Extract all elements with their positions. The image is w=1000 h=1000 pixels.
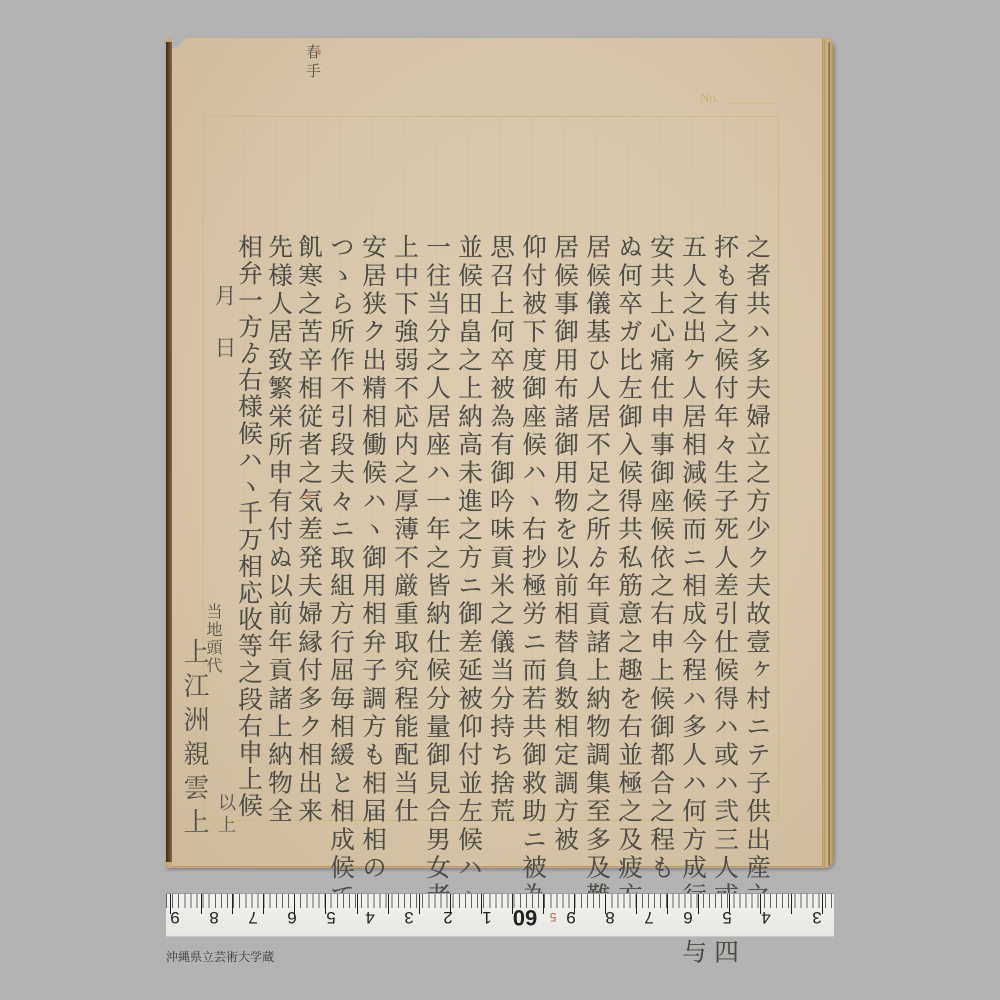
ruler-label: 3 <box>810 907 824 927</box>
red-annotation-mark <box>306 494 311 499</box>
ruler-major-tick <box>667 894 668 914</box>
ruler-major-tick <box>543 894 544 914</box>
red-annotation-mark <box>317 50 321 54</box>
text-column-13: 安居狭ク出精相働候ハヽ御用相弁子調方も相届相の <box>358 234 388 883</box>
header-note: 春手 <box>300 44 324 82</box>
closing-ijo: 以上 <box>212 793 238 837</box>
ruler-label: 7 <box>642 907 656 927</box>
text-column-16: 先様人居致繁栄所申有付ぬ以前年貢諸上納物全 <box>264 234 294 826</box>
text-column-2: 抔も有之候付年々生子死人差引仕候得ハ或ハ弐三人或ハ四 <box>710 234 740 967</box>
ruler-ticks <box>166 894 834 908</box>
collection-caption: 沖縄県立芸術大学蔵 <box>166 948 274 965</box>
ruler-label: 6 <box>681 907 695 927</box>
signatory-name: 上江洲親雲上 <box>176 638 213 842</box>
ruler-label-highlight: 60 <box>508 904 542 930</box>
ruler-label: 6 <box>285 907 299 927</box>
ruler-major-tick <box>388 894 389 914</box>
month-label: 月 <box>211 284 236 336</box>
ruler-label: 3 <box>402 907 416 927</box>
ruler-major-tick <box>201 894 202 914</box>
ruler-major-tick <box>232 894 233 914</box>
ruler-label: 8 <box>207 907 221 927</box>
text-column-4: 安共上心痛仕申事御座候依之右申上候御都合之程も <box>646 234 676 883</box>
text-column-9: 思召上何卒被為有御吟味貢米之儀当分持ち捨荒 <box>486 234 516 826</box>
ruler-label-red: 5 <box>546 910 560 924</box>
ruler-label: 8 <box>603 907 617 927</box>
date-month-day: 月日 <box>208 284 239 388</box>
text-column-10: 並候田畠之上納高未進之方ニ御差延被仰付並左候ハヽ <box>454 234 484 911</box>
ruler-label: 1 <box>480 907 494 927</box>
text-column-5: ぬ何卒ガ比左御入候得共私筋意之趣を右並極之及疲方 <box>614 234 644 911</box>
text-column-3: 五人之出ケ人居相減候而ニ相成今程ハ多人ハ何方成行候与 <box>678 234 708 967</box>
ruler-label: 5 <box>720 907 734 927</box>
text-column-7: 居候事御用布諸御用物を以前相替負数相定調方被 <box>550 234 580 854</box>
ruler-label: 4 <box>759 907 773 927</box>
ruler-major-tick <box>791 894 792 914</box>
ruler-major-tick <box>698 894 699 914</box>
ruler-major-tick <box>357 894 358 914</box>
ruler-label: 7 <box>246 907 260 927</box>
ruler-label: 9 <box>168 907 182 927</box>
text-column-1: 之者共ハ多夫婦立之方少ク夫故壹ヶ村ニテ子供出産之年 <box>742 234 772 939</box>
manuscript-page: 春手 No. Nippon Note Gakuyohin Co., LTD. 之… <box>172 38 823 867</box>
ruler-label: 5 <box>324 907 338 927</box>
text-column-11: 一往当分之人居座ハ一年之皆納仕候分量御見合男女老若 <box>422 234 452 939</box>
text-column-6: 居候儀基ひ人居不足之所ゟ年貢諸上納物調集至多及難儀 <box>582 234 612 939</box>
ruler-label: 9 <box>564 907 578 927</box>
text-column-8: 仰付被下度御座候ハヽ右抄極労ニ而若共御救助ニ被為 <box>518 234 548 911</box>
ruler-label: 4 <box>363 907 377 927</box>
page-edge-line <box>828 42 830 866</box>
text-column-14: つゝら所作不引段夫々ニ取組方行屈毎相緩と相成候ても <box>326 234 356 939</box>
page-corner <box>172 38 190 48</box>
page-number-blank <box>727 103 777 104</box>
ruler-major-tick <box>263 894 264 914</box>
ruler-label: 2 <box>441 907 455 927</box>
ruler-major-tick <box>636 894 637 914</box>
text-column-15: 飢寒之苦辛相従者之気差発夫婦縁付多ク相出来 <box>294 234 324 826</box>
measuring-ruler: 9 8 7 6 5 4 3 2 1 60 5 9 8 7 6 5 4 3 <box>166 893 834 937</box>
day-label: 日 <box>211 336 236 388</box>
ruler-major-tick <box>419 894 420 914</box>
text-column-12: 上中下強弱不応内之厚薄不厳重取究程能配当仕 <box>390 234 420 826</box>
page-number-label: No. <box>700 90 719 106</box>
